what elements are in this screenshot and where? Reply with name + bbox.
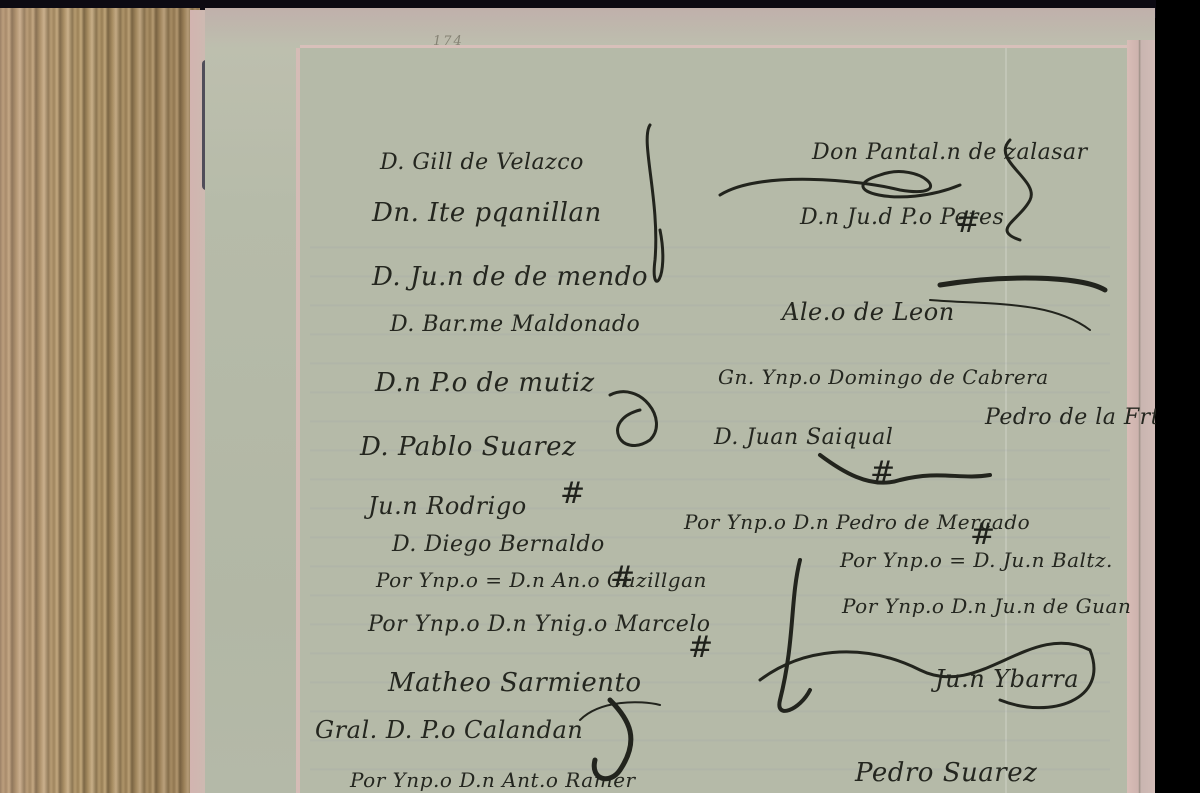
signature: D. Diego Bernaldo <box>392 532 605 557</box>
signature: Ju.n Rodrigo <box>368 492 527 520</box>
rubric-mark: # <box>970 517 995 552</box>
signature: Don Pantal.n de zalasar <box>812 140 1088 165</box>
signature: Pedro de la Frt.e <box>985 405 1181 430</box>
rubric-mark: # <box>955 205 980 240</box>
signature: Por Ynp.o D.n Ant.o Ramer <box>350 768 636 792</box>
signature: Ale.o de Leon <box>782 298 955 326</box>
signature: D. Ju.n de de mendo <box>372 262 648 292</box>
signature: D. Bar.me Maldonado <box>390 312 640 337</box>
top-black-edge <box>1156 0 1200 793</box>
signature: D. Juan Saiqual <box>714 425 893 450</box>
signature: Gral. D. P.o Calandan <box>315 716 583 744</box>
signature: D.n P.o de mutiz <box>375 368 595 398</box>
signature: Por Ynp.o = D.n An.o Cuzillgan <box>376 568 707 592</box>
signature: Gn. Ynp.o Domingo de Cabrera <box>718 365 1049 389</box>
signature: Pedro Suarez <box>855 758 1037 788</box>
signature: Por Ynp.o D.n Ynig.o Marcelo <box>368 612 711 637</box>
rubric-mark: # <box>688 630 713 665</box>
signature: Ju.n Ybarra <box>935 665 1079 693</box>
signature: Dn. Ite pqanillan <box>372 198 602 228</box>
folio-number: 174 <box>433 34 464 49</box>
signature: Matheo Sarmiento <box>388 668 642 698</box>
signature: Por Ynp.o D.n Ju.n de Guan <box>842 594 1131 618</box>
page-stack-edges <box>0 8 200 793</box>
signature: D. Gill de Velazco <box>380 150 584 175</box>
rubric-mark: # <box>870 455 895 490</box>
signature: D. Pablo Suarez <box>360 432 576 462</box>
rubric-mark: # <box>610 560 635 595</box>
rubric-mark: # <box>560 476 585 511</box>
